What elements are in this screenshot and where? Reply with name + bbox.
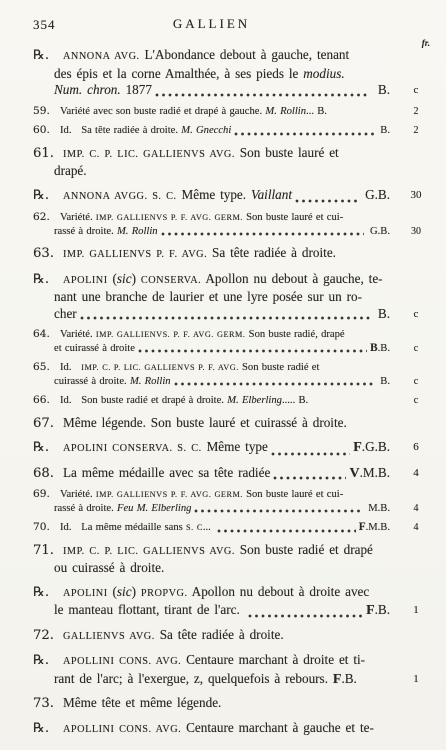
text-segment: Même type (202, 439, 268, 456)
italic-text: Vaillant (251, 187, 292, 204)
entry-line: 64.Variété. IMP. GALLIENVS. P. F. AVG. G… (33, 328, 390, 342)
catalog-entry: 59.Variété avec son buste radié et drapé… (33, 105, 390, 119)
italic-text: sic (117, 271, 132, 288)
text-segment: rassé à droite. (54, 225, 117, 239)
entry-line: ℞.APOLINI (sic) CONSERVA. Apollon nu deb… (33, 271, 390, 290)
entry-line: 69.Variété. IMP. GALLIENVS P. F. AVG. GE… (33, 488, 390, 502)
text-segment: ) (132, 584, 141, 601)
entry-line: nant une branche de laurier et une lyre … (33, 289, 390, 306)
entry-line: des épis et la corne Amalthée, à ses pie… (33, 66, 390, 83)
legend-text: IMP. GALLIENVS. P. F. AVG. GERM. (96, 328, 246, 342)
dot-leader (217, 529, 356, 533)
entry-line: drapé. (33, 163, 390, 180)
entry-number: 60. (33, 124, 60, 138)
entry-line: 68.La même médaille avec sa tête radiéeV… (33, 465, 390, 483)
entry-line: 63.IMP. GALLIENVS P. F. AVG. Sa tête rad… (33, 245, 390, 264)
entry-line: 67.Même légende. Son buste lauré et cuir… (33, 415, 390, 433)
entry-number: 67. (33, 416, 63, 433)
dot-leader (80, 316, 370, 320)
text-segment: M.B. (365, 502, 390, 516)
catalog-entry: 72.GALLIENVS AVG. Sa tête radiée à droit… (33, 627, 390, 646)
text-segment: cuirassé à droite. (54, 375, 130, 389)
price-value: c (396, 306, 436, 323)
running-title: GALLIEN (33, 16, 390, 32)
legend-text: ANNONA AVGG. S. C. (63, 189, 177, 206)
collection-mark: F (359, 521, 366, 535)
entry-line: et cuirassé à droiteB.B.c (33, 342, 390, 356)
catalog-entry: 70.Id. La même médaille sans S. C... F.M… (33, 521, 390, 535)
text-segment: Son buste radié et drapé (235, 542, 373, 559)
dot-leader (161, 232, 364, 236)
text-segment: B. (373, 306, 390, 323)
collection-mark: V (349, 466, 359, 483)
text-segment: Variété. (60, 211, 96, 225)
text-segment: Centaure marchant à gauche et te- (181, 720, 374, 737)
legend-text: APOLLINI CONS. AVG. (63, 722, 181, 739)
text-segment: Sa tête radiée à droite. (207, 245, 336, 262)
legend-text: IMP. C. P. LIC. GALLIENVS AVG. (63, 544, 235, 561)
catalog-entry: 73.Même tête et même légende. (33, 695, 390, 713)
entry-line: ℞.APOLINI (sic) PROPVG. Apollon nu debou… (33, 584, 390, 603)
collection-mark: B (370, 342, 377, 356)
text-segment: L'Abondance debout à gauche, tenant (140, 47, 350, 64)
catalog-entry: 60.Id. Sa tête radiée à droite. M. Gnecc… (33, 124, 390, 138)
italic-text: M. Elberling (227, 394, 282, 408)
price-value: 30 (396, 187, 436, 204)
entry-line: 60.Id. Sa tête radiée à droite. M. Gnecc… (33, 124, 390, 138)
text-segment: .M.B. (360, 465, 390, 482)
legend-text: GALLIENVS AVG. (63, 629, 155, 646)
currency-column-label: fr. (422, 38, 430, 48)
text-segment: ( (108, 271, 117, 288)
entry-number: 65. (33, 361, 60, 375)
reverse-symbol: ℞. (33, 440, 63, 457)
entry-number: 59. (33, 105, 60, 119)
price-value: c (396, 82, 436, 99)
price-value: 6 (396, 439, 436, 456)
reverse-symbol: ℞. (33, 721, 63, 738)
text-segment: ) (132, 271, 141, 288)
entry-line: 70.Id. La même médaille sans S. C... F.M… (33, 521, 390, 535)
dot-leader (234, 132, 374, 136)
text-segment: cher (54, 306, 77, 323)
italic-text: M. Gnecchi (181, 124, 231, 138)
entry-line: ℞.APOLINI CONSERVA. S. C. Même typeF.G.B… (33, 439, 390, 458)
catalog-entry: 62.Variété. IMP. GALLIENVS P. F. AVG. GE… (33, 211, 390, 238)
legend-text: APOLINI (63, 273, 108, 290)
text-segment: La même médaille avec sa tête radiée (63, 465, 270, 482)
legend-text: APOLINI CONSERVA. S. C. (63, 441, 202, 458)
text-segment: Son buste lauré et cui- (243, 211, 343, 225)
entry-line: rant de l'arc; à l'exergue, z, quelquefo… (33, 671, 390, 689)
text-segment: Même légende. Son buste lauré et cuirass… (63, 415, 347, 432)
text-segment: Son buste radié et (239, 361, 320, 375)
italic-text: sic (117, 584, 132, 601)
text-segment: Même type. (177, 187, 251, 204)
catalog-entry: 69.Variété. IMP. GALLIENVS P. F. AVG. GE… (33, 488, 390, 515)
entry-line: rassé à droite. Feu M. Elberling M.B.4 (33, 502, 390, 516)
text-segment: B. (373, 82, 390, 99)
legend-text: PROPVG. (141, 586, 188, 603)
text-segment: Id. Sa tête radiée à droite. (60, 124, 181, 138)
price-value: 30 (396, 225, 436, 239)
entry-number: 63. (33, 246, 63, 263)
text-segment: nant une branche de laurier et une lyre … (54, 289, 362, 306)
catalog-entry: ℞.APOLLINI CONS. AVG. Centaure marchant … (33, 720, 390, 739)
text-segment: G.B. (360, 187, 390, 204)
entry-number: 64. (33, 328, 60, 342)
legend-text: IMP. C. P. LIC. GALLIENVS P. F. AVG. (81, 361, 239, 375)
entry-line: rassé à droite. M. Rollin G.B.30 (33, 225, 390, 239)
text-segment: Variété. (60, 328, 96, 342)
legend-text: CONSERVA. (141, 273, 201, 290)
collection-mark: F (353, 440, 362, 457)
italic-text: M. Rollin (117, 225, 158, 239)
price-value: c (396, 375, 436, 389)
entry-number: 69. (33, 488, 60, 502)
catalog-entry: 61.IMP. C. P. LIC. GALLIENVS AVG. Son bu… (33, 145, 390, 180)
text-segment: .B. (341, 671, 356, 688)
text-segment: et cuirassé à droite (54, 342, 135, 356)
text-segment: le manteau flottant, tirant de l'arc. (54, 602, 245, 619)
text-segment: Son buste lauré et (235, 145, 339, 162)
entry-line: 66.Id. Son buste radié et drapé à droite… (33, 394, 390, 408)
text-segment: ou cuirassé à droite. (54, 560, 164, 577)
text-segment: Son buste radié, drapé (245, 328, 344, 342)
text-segment: drapé. (54, 163, 87, 180)
catalog-entry: 71.IMP. C. P. LIC. GALLIENVS AVG. Son bu… (33, 542, 390, 577)
text-segment: Id. (60, 361, 81, 375)
text-segment: Même tête et même légende. (63, 695, 221, 712)
text-segment: ( (108, 584, 117, 601)
legend-text: APOLLINI CONS. AVG. (63, 654, 181, 671)
dot-leader (271, 452, 350, 456)
text-segment: B. (377, 124, 390, 138)
text-segment: Apollon nu debout à droite avec (188, 584, 370, 601)
catalog-entry: 67.Même légende. Son buste lauré et cuir… (33, 415, 390, 433)
entry-number: 61. (33, 146, 63, 163)
text-segment: Id. Son buste radié et drapé à droite. (60, 394, 227, 408)
legend-text: IMP. C. P. LIC. GALLIENVS AVG. (63, 147, 235, 164)
dot-leader (295, 199, 357, 203)
catalog-entry: 65.Id. IMP. C. P. LIC. GALLIENVS P. F. A… (33, 361, 390, 388)
entry-number: 66. (33, 394, 60, 408)
legend-text: ANNONA AVG. (63, 49, 140, 66)
catalog-entry: ℞.ANNONA AVG. L'Abondance debout à gauch… (33, 47, 390, 99)
reverse-symbol: ℞. (33, 188, 63, 205)
text-segment: .B. (375, 602, 390, 619)
legend-text: IMP. GALLIENVS P. F. AVG. GERM. (96, 488, 243, 502)
entry-line: ℞.APOLLINI CONS. AVG. Centaure marchant … (33, 720, 390, 739)
entry-line: cher B.c (33, 306, 390, 323)
page-header: 354 GALLIEN (33, 16, 390, 34)
price-value: c (396, 394, 436, 408)
entry-line: ℞.ANNONA AVGG. S. C. Même type. Vaillant… (33, 187, 390, 206)
catalog-entry: ℞.APOLINI (sic) CONSERVA. Apollon nu deb… (33, 271, 390, 323)
text-segment: Son buste lauré et cui- (243, 488, 343, 502)
text-segment: rant de l'arc; à l'exergue, z, quelquefo… (54, 671, 333, 688)
italic-text: modius. (303, 66, 344, 83)
italic-text: M. Rollin (265, 105, 306, 119)
legend-text: APOLINI (63, 586, 108, 603)
entries: ℞.ANNONA AVG. L'Abondance debout à gauch… (33, 47, 390, 738)
catalog-entry: ℞.APOLLINI CONS. AVG. Centaure marchant … (33, 652, 390, 688)
text-segment: B. (377, 375, 390, 389)
entry-number: 73. (33, 696, 63, 713)
italic-text: Feu M. Elberling (117, 502, 191, 516)
entry-number: 71. (33, 543, 63, 560)
text-segment: Variété. (60, 488, 96, 502)
entry-number: 68. (33, 466, 63, 483)
entry-line: 59.Variété avec son buste radié et drapé… (33, 105, 390, 119)
text-segment: Sa tête radiée à droite. (155, 627, 284, 644)
entry-line: 72.GALLIENVS AVG. Sa tête radiée à droit… (33, 627, 390, 646)
entry-line: Num. chron. 1877 B.c (33, 82, 390, 99)
legend-text: IMP. GALLIENVS P. F. AVG. (63, 247, 207, 264)
catalog-entry: ℞.APOLINI CONSERVA. S. C. Même typeF.G.B… (33, 439, 390, 458)
price-value: 2 (396, 105, 436, 119)
catalog-entry: ℞.APOLINI (sic) PROPVG. Apollon nu debou… (33, 584, 390, 620)
catalog-entry: 68.La même médaille avec sa tête radiéeV… (33, 465, 390, 483)
catalog-entry: 66.Id. Son buste radié et drapé à droite… (33, 394, 390, 408)
legend-text: IMP. GALLIENVS P. F. AVG. GERM. (96, 211, 243, 225)
entry-number: 72. (33, 628, 63, 645)
catalog-entry: 63.IMP. GALLIENVS P. F. AVG. Sa tête rad… (33, 245, 390, 264)
price-value: c (396, 342, 436, 356)
price-value: 2 (396, 124, 436, 138)
dot-leader (194, 509, 362, 513)
entry-line: 61.IMP. C. P. LIC. GALLIENVS AVG. Son bu… (33, 145, 390, 164)
text-segment: ... (203, 521, 214, 535)
entry-line: 65.Id. IMP. C. P. LIC. GALLIENVS P. F. A… (33, 361, 390, 375)
catalog-entry: 64.Variété. IMP. GALLIENVS. P. F. AVG. G… (33, 328, 390, 355)
catalog-entry: ℞.ANNONA AVGG. S. C. Même type. Vaillant… (33, 187, 390, 206)
entry-line: 62.Variété. IMP. GALLIENVS P. F. AVG. GE… (33, 211, 390, 225)
entry-line: 71.IMP. C. P. LIC. GALLIENVS AVG. Son bu… (33, 542, 390, 561)
text-segment: Centaure marchant à droite et ti- (181, 652, 365, 669)
dot-leader (155, 93, 370, 97)
dot-leader (273, 476, 346, 480)
text-segment: .G.B. (362, 439, 390, 456)
reverse-symbol: ℞. (33, 653, 63, 670)
dot-leader (248, 614, 363, 618)
entry-line: ℞.ANNONA AVG. L'Abondance debout à gauch… (33, 47, 390, 66)
price-value: 4 (396, 502, 436, 516)
price-value: 4 (396, 521, 436, 535)
price-value: 4 (396, 465, 436, 482)
text-segment: Id. La même médaille sans (60, 521, 186, 535)
entry-line: le manteau flottant, tirant de l'arc. F.… (33, 602, 390, 620)
text-segment: ... B. (306, 105, 327, 119)
reverse-symbol: ℞. (33, 272, 63, 289)
entry-line: cuirassé à droite. M. Rollin B.c (33, 375, 390, 389)
book-page: 354 GALLIEN fr. ℞.ANNONA AVG. L'Abondanc… (0, 0, 446, 750)
entry-number: 70. (33, 521, 60, 535)
text-segment: Apollon nu debout à gauche, te- (201, 271, 382, 288)
text-segment: .M.B. (366, 521, 390, 535)
text-segment: des épis et la corne Amalthée, à ses pie… (54, 66, 303, 83)
entry-line: 73.Même tête et même légende. (33, 695, 390, 713)
reverse-symbol: ℞. (33, 48, 63, 65)
text-segment: .B. (378, 342, 390, 356)
italic-text: Num. chron. (54, 82, 121, 99)
dot-leader (174, 382, 374, 386)
entry-line: ℞.APOLLINI CONS. AVG. Centaure marchant … (33, 652, 390, 671)
text-segment: 1877 (121, 82, 152, 99)
entry-line: ou cuirassé à droite. (33, 560, 390, 577)
price-value: 1 (396, 671, 436, 688)
reverse-symbol: ℞. (33, 585, 63, 602)
text-segment: rassé à droite. (54, 502, 117, 516)
price-value: 1 (396, 602, 436, 619)
entry-number: 62. (33, 211, 60, 225)
legend-text: S. C (186, 521, 203, 535)
text-segment: G.B. (367, 225, 390, 239)
dot-leader (138, 349, 367, 353)
collection-mark: F (366, 603, 375, 620)
text-segment: Variété avec son buste radié et drapé à … (60, 105, 265, 119)
italic-text: M. Rollin (130, 375, 171, 389)
text-segment: ..... B. (282, 394, 308, 408)
